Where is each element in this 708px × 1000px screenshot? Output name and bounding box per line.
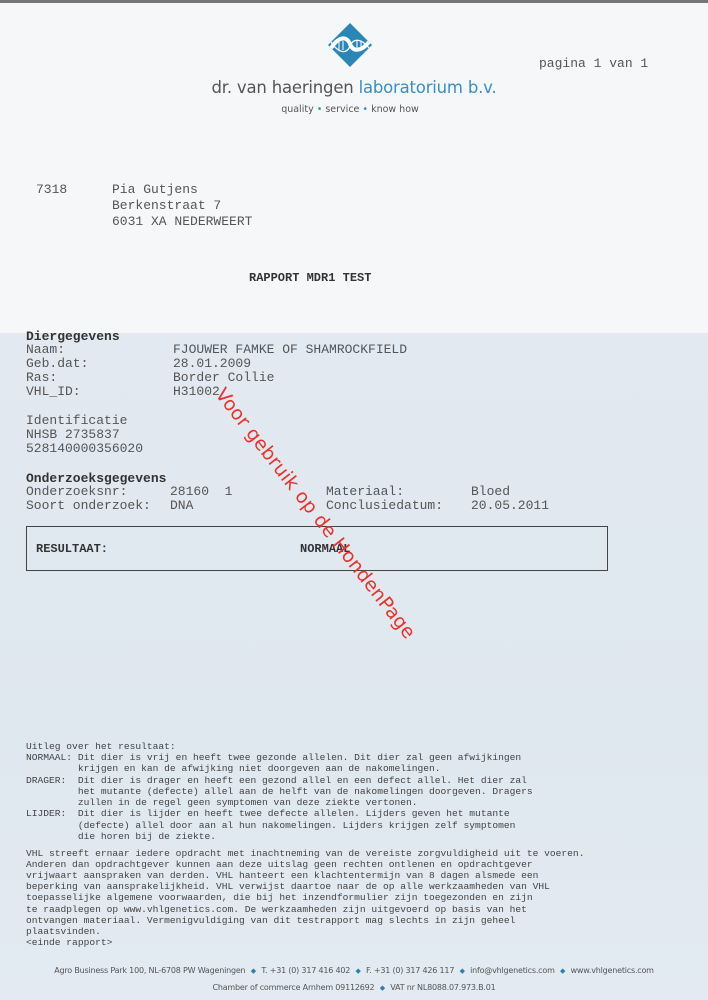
tagline-know-how: know how — [371, 104, 419, 115]
explanation-line: (defecte) allel door aan al hun nakomeli… — [26, 820, 515, 831]
disclaimer-line: ontvangen materiaal. Vermenigvuldiging v… — [26, 915, 515, 926]
field-label-name: Naam: — [26, 342, 65, 357]
diamond-separator-icon: ◆ — [248, 967, 259, 975]
field-label-investigation-type: Soort onderzoek: — [26, 498, 151, 513]
disclaimer-line: vrijwaart aanspraken van derden. VHL han… — [26, 870, 538, 881]
addressee-city: 6031 XA NEDERWEERT — [112, 214, 252, 229]
addressee-street: Berkenstraat 7 — [112, 198, 221, 213]
footer-email: info@vhlgenetics.com — [470, 966, 555, 975]
disclaimer-line: beperking van aansprakelijkheid. VHL ver… — [26, 881, 550, 892]
field-label-birthdate: Geb.dat: — [26, 356, 88, 371]
tagline-separator: • — [317, 104, 323, 115]
footer-registration-line: Chamber of commerce Arnhem 09112692 ◆ VA… — [0, 983, 708, 992]
disclaimer-line: plaatsvinden. — [26, 926, 101, 937]
explanation-line: LIJDER: Dit dier is lijder en heeft twee… — [26, 808, 510, 819]
scan-edge — [0, 0, 708, 3]
field-label-investigation-number: Onderzoeksnr: — [26, 484, 127, 499]
field-value-conclusion-date: 20.05.2011 — [471, 498, 549, 513]
field-label-conclusion-date: Conclusiedatum: — [326, 498, 443, 513]
explanation-line: die horen bij de ziekte. — [26, 831, 216, 842]
field-value-material: Bloed — [471, 484, 510, 499]
dna-diamond-logo-icon — [327, 22, 373, 68]
diamond-separator-icon: ◆ — [557, 967, 568, 975]
explanation-line: DRAGER: Dit dier is drager en heeft een … — [26, 775, 527, 786]
lab-name-dark: dr. van haeringen — [211, 78, 358, 97]
identification-chip: 528140000356020 — [26, 441, 143, 456]
disclaimer-line: toepasselijke algemene voorwaarden, die … — [26, 892, 533, 903]
footer-contact-line: Agro Business Park 100, NL-6708 PW Wagen… — [0, 966, 708, 975]
lab-name-blue: laboratorium b.v. — [359, 78, 497, 97]
tagline-service: service — [325, 104, 359, 115]
end-of-report-marker: <einde rapport> — [26, 937, 112, 948]
diamond-separator-icon: ◆ — [377, 984, 388, 992]
field-value-birthdate: 28.01.2009 — [173, 356, 251, 371]
explanation-heading: Uitleg over het resultaat: — [26, 741, 176, 752]
footer-chamber-of-commerce: Chamber of commerce Arnhem 09112692 — [212, 983, 374, 992]
report-title: RAPPORT MDR1 TEST — [249, 271, 371, 285]
tagline-quality: quality — [281, 104, 314, 115]
footer-fax: F. +31 (0) 317 426 117 — [366, 966, 454, 975]
footer-address: Agro Business Park 100, NL-6708 PW Wagen… — [54, 966, 245, 975]
field-value-breed: Border Collie — [173, 370, 274, 385]
result-label: RESULTAAT: — [36, 542, 108, 556]
diamond-separator-icon: ◆ — [352, 967, 363, 975]
disclaimer-line: VHL streeft ernaar iedere opdracht met i… — [26, 848, 584, 859]
addressee-name: Pia Gutjens — [112, 182, 198, 197]
diamond-separator-icon: ◆ — [457, 967, 468, 975]
tagline-separator: • — [362, 104, 368, 115]
identification-registry: NHSB 2735837 — [26, 427, 120, 442]
disclaimer-line: Anderen dan opdrachtgever kunnen aan dez… — [26, 859, 533, 870]
footer-website: www.vhlgenetics.com — [571, 966, 654, 975]
footer-vat-number: VAT nr NL8088.07.973.B.01 — [390, 983, 495, 992]
field-value-name: FJOUWER FAMKE OF SHAMROCKFIELD — [173, 342, 407, 357]
tagline: quality • service • know how — [0, 104, 700, 115]
explanation-line: het mutante (defecte) allel aan de helft… — [26, 786, 533, 797]
field-label-vhl-id: VHL_ID: — [26, 384, 81, 399]
disclaimer-line: te raadplegen op www.vhlgenetics.com. De… — [26, 904, 527, 915]
footer-phone: T. +31 (0) 317 416 402 — [261, 966, 350, 975]
explanation-line: krijgen en kan de afwijking niet doorgev… — [26, 763, 441, 774]
field-label-material: Materiaal: — [326, 484, 404, 499]
explanation-line: zullen in de regel geen symptomen van de… — [26, 797, 418, 808]
customer-number: 7318 — [36, 182, 67, 197]
field-label-breed: Ras: — [26, 370, 57, 385]
field-value-investigation-type: DNA — [170, 498, 193, 513]
identification-heading: Identificatie — [26, 413, 127, 428]
field-value-investigation-number: 28160 1 — [170, 484, 232, 499]
page-indicator: pagina 1 van 1 — [539, 56, 648, 71]
explanation-line: NORMAAL: Dit dier is vrij en heeft twee … — [26, 752, 521, 763]
lab-name: dr. van haeringen laboratorium b.v. — [0, 78, 708, 97]
